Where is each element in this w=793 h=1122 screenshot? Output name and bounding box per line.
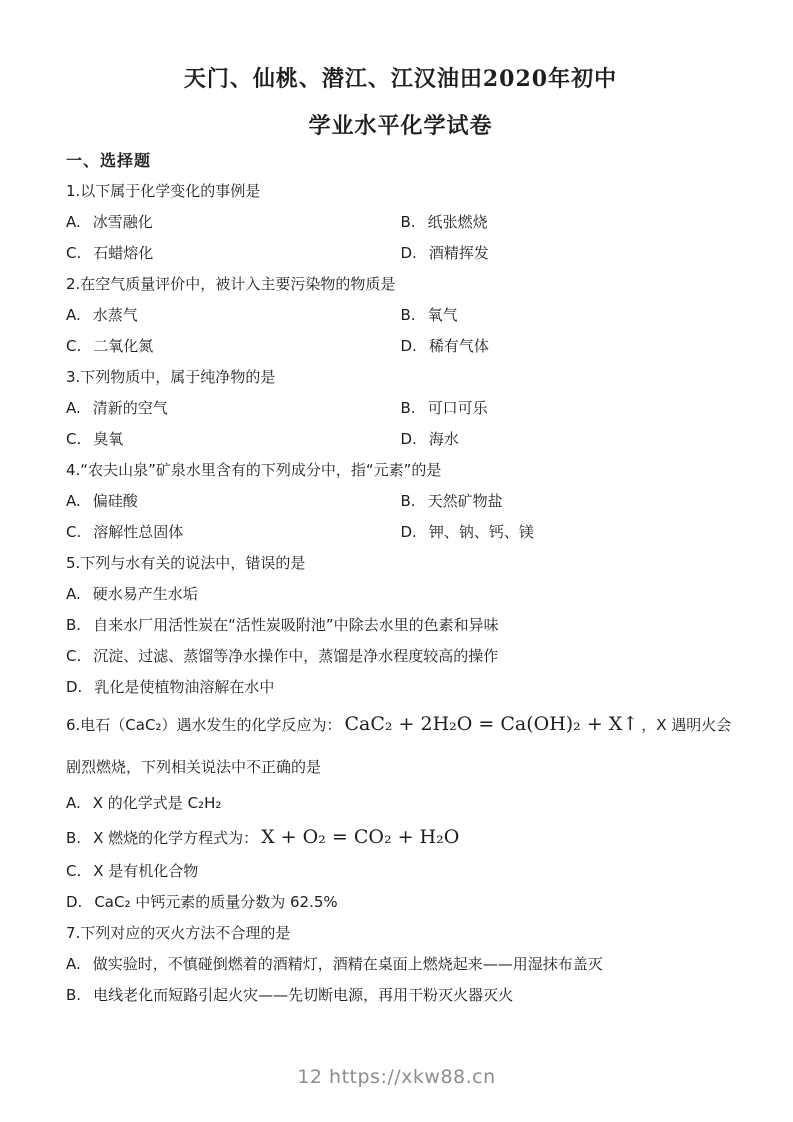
question-2-option-d: D.稀有气体: [401, 331, 736, 362]
option-label: B.: [401, 213, 416, 231]
question-6-options: A.X 的化学式是 C₂H₂ B.X 燃烧的化学方程式为：X + O₂ = CO…: [66, 788, 735, 918]
question-2-option-a: A.水蒸气: [66, 300, 401, 331]
page-footer-watermark: 12 https://xkw88.cn: [0, 1066, 793, 1088]
question-4: 4.“农夫山泉”矿泉水里含有的下列成分中，指“元素”的是 A.偏硅酸 B.天然矿…: [66, 455, 735, 548]
option-label: A.: [66, 492, 81, 510]
question-3-option-d: D.海水: [401, 424, 736, 455]
option-text: 钾、钠、钙、镁: [429, 523, 534, 541]
question-6: 6.电石（CaC₂）遇水发生的化学反应为：CaC₂ + 2H₂O = Ca(OH…: [66, 703, 735, 918]
question-3-stem: 3.下列物质中，属于纯净物的是: [66, 362, 735, 393]
section-heading-multiple-choice: 一、选择题: [66, 150, 735, 172]
question-3-option-a: A.清新的空气: [66, 393, 401, 424]
question-1-stem: 1.以下属于化学变化的事例是: [66, 176, 735, 207]
option-label: D.: [66, 893, 82, 911]
question-5-stem: 5.下列与水有关的说法中，错误的是: [66, 548, 735, 579]
document-content: 天门、仙桃、潜江、江汉油田2020年初中 学业水平化学试卷 一、选择题 1.以下…: [0, 0, 793, 1011]
question-3: 3.下列物质中，属于纯净物的是 A.清新的空气 B.可口可乐 C.臭氧 D.海水: [66, 362, 735, 455]
exam-title-line2: 学业水平化学试卷: [66, 110, 735, 142]
question-5-option-b: B.自来水厂用活性炭在“活性炭吸附池”中除去水里的色素和异味: [66, 610, 735, 641]
option-label: D.: [401, 523, 417, 541]
question-4-option-d: D.钾、钠、钙、镁: [401, 517, 736, 548]
question-6-option-a: A.X 的化学式是 C₂H₂: [66, 788, 735, 819]
chemical-equation: X + O₂ = CO₂ + H₂O: [258, 826, 462, 848]
option-label: B.: [401, 399, 416, 417]
question-7-stem: 7.下列对应的灭火方法不合理的是: [66, 918, 735, 949]
option-label: B.: [66, 616, 81, 634]
option-text: 冰雪融化: [93, 213, 153, 231]
option-label: C.: [66, 523, 81, 541]
question-2-stem: 2.在空气质量评价中，被计入主要污染物的物质是: [66, 269, 735, 300]
question-6-stem: 6.电石（CaC₂）遇水发生的化学反应为：CaC₂ + 2H₂O = Ca(OH…: [66, 703, 735, 788]
option-text: 偏硅酸: [93, 492, 138, 510]
option-text: X 燃烧的化学方程式为：: [93, 829, 258, 847]
question-5-option-c: C.沉淀、过滤、蒸馏等净水操作中，蒸馏是净水程度较高的操作: [66, 641, 735, 672]
question-5-options: A.硬水易产生水垢 B.自来水厂用活性炭在“活性炭吸附池”中除去水里的色素和异味…: [66, 579, 735, 703]
option-text: 纸张燃烧: [428, 213, 488, 231]
question-4-stem: 4.“农夫山泉”矿泉水里含有的下列成分中，指“元素”的是: [66, 455, 735, 486]
option-text: 石蜡熔化: [93, 244, 153, 262]
option-label: B.: [66, 986, 81, 1004]
question-5-option-d: D.乳化是使植物油溶解在水中: [66, 672, 735, 703]
question-6-option-c: C.X 是有机化合物: [66, 856, 735, 887]
question-2-options: A.水蒸气 B.氧气 C.二氧化氮 D.稀有气体: [66, 300, 735, 362]
option-text: X 是有机化合物: [93, 862, 198, 880]
question-5: 5.下列与水有关的说法中，错误的是 A.硬水易产生水垢 B.自来水厂用活性炭在“…: [66, 548, 735, 703]
option-text: 二氧化氮: [93, 337, 153, 355]
option-text: 自来水厂用活性炭在“活性炭吸附池”中除去水里的色素和异味: [93, 616, 499, 634]
question-2: 2.在空气质量评价中，被计入主要污染物的物质是 A.水蒸气 B.氧气 C.二氧化…: [66, 269, 735, 362]
question-1-option-c: C.石蜡熔化: [66, 238, 401, 269]
option-label: D.: [401, 244, 417, 262]
question-1-option-d: D.酒精挥发: [401, 238, 736, 269]
option-label: A.: [66, 585, 81, 603]
question-4-option-c: C.溶解性总固体: [66, 517, 401, 548]
chemical-equation: CaC₂ + 2H₂O = Ca(OH)₂ + X↑: [341, 713, 641, 735]
option-text: 做实验时，不慎碰倒燃着的酒精灯，酒精在桌面上燃烧起来——用湿抹布盖灭: [93, 955, 603, 973]
question-7-option-b: B.电线老化而短路引起火灾——先切断电源，再用干粉灭火器灭火: [66, 980, 735, 1011]
option-text: 硬水易产生水垢: [93, 585, 198, 603]
option-label: A.: [66, 306, 81, 324]
option-label: D.: [401, 337, 417, 355]
option-label: C.: [66, 430, 81, 448]
question-7-options: A.做实验时，不慎碰倒燃着的酒精灯，酒精在桌面上燃烧起来——用湿抹布盖灭 B.电…: [66, 949, 735, 1011]
option-text: 可口可乐: [428, 399, 488, 417]
question-3-options: A.清新的空气 B.可口可乐 C.臭氧 D.海水: [66, 393, 735, 455]
question-7: 7.下列对应的灭火方法不合理的是 A.做实验时，不慎碰倒燃着的酒精灯，酒精在桌面…: [66, 918, 735, 1011]
option-text: X 的化学式是 C₂H₂: [93, 794, 222, 812]
document-header: 天门、仙桃、潜江、江汉油田2020年初中 学业水平化学试卷: [66, 63, 735, 142]
option-text: 天然矿物盐: [428, 492, 503, 510]
exam-paper-page: 天门、仙桃、潜江、江汉油田2020年初中 学业水平化学试卷 一、选择题 1.以下…: [0, 0, 793, 1122]
question-2-option-c: C.二氧化氮: [66, 331, 401, 362]
question-1-options: A.冰雪融化 B.纸张燃烧 C.石蜡熔化 D.酒精挥发: [66, 207, 735, 269]
question-5-option-a: A.硬水易产生水垢: [66, 579, 735, 610]
option-text: 水蒸气: [93, 306, 138, 324]
option-label: B.: [66, 829, 81, 847]
question-4-options: A.偏硅酸 B.天然矿物盐 C.溶解性总固体 D.钾、钠、钙、镁: [66, 486, 735, 548]
question-4-option-b: B.天然矿物盐: [401, 486, 736, 517]
option-text: 氧气: [428, 306, 458, 324]
exam-title-line1: 天门、仙桃、潜江、江汉油田2020年初中: [66, 63, 735, 95]
option-text: 乳化是使植物油溶解在水中: [94, 678, 274, 696]
option-text: 清新的空气: [93, 399, 168, 417]
option-text: 稀有气体: [429, 337, 489, 355]
option-label: B.: [401, 492, 416, 510]
question-6-option-d: D.CaC₂ 中钙元素的质量分数为 62.5%: [66, 887, 735, 918]
question-6-stem-prefix: 6.电石（CaC₂）遇水发生的化学反应为：: [66, 716, 341, 734]
option-text: 海水: [429, 430, 459, 448]
option-label: D.: [401, 430, 417, 448]
option-label: B.: [401, 306, 416, 324]
question-1-option-a: A.冰雪融化: [66, 207, 401, 238]
option-label: A.: [66, 955, 81, 973]
option-label: A.: [66, 213, 81, 231]
question-7-option-a: A.做实验时，不慎碰倒燃着的酒精灯，酒精在桌面上燃烧起来——用湿抹布盖灭: [66, 949, 735, 980]
option-text: 电线老化而短路引起火灾——先切断电源，再用干粉灭火器灭火: [93, 986, 513, 1004]
question-4-option-a: A.偏硅酸: [66, 486, 401, 517]
option-label: C.: [66, 862, 81, 880]
option-text: 溶解性总固体: [93, 523, 183, 541]
option-label: A.: [66, 794, 81, 812]
option-label: D.: [66, 678, 82, 696]
option-label: C.: [66, 244, 81, 262]
option-text: 臭氧: [93, 430, 123, 448]
option-text: 沉淀、过滤、蒸馏等净水操作中，蒸馏是净水程度较高的操作: [93, 647, 498, 665]
option-label: C.: [66, 337, 81, 355]
option-text: 酒精挥发: [429, 244, 489, 262]
question-3-option-b: B.可口可乐: [401, 393, 736, 424]
question-2-option-b: B.氧气: [401, 300, 736, 331]
question-1: 1.以下属于化学变化的事例是 A.冰雪融化 B.纸张燃烧 C.石蜡熔化 D.酒精…: [66, 176, 735, 269]
question-3-option-c: C.臭氧: [66, 424, 401, 455]
option-label: A.: [66, 399, 81, 417]
option-label: C.: [66, 647, 81, 665]
question-1-option-b: B.纸张燃烧: [401, 207, 736, 238]
question-6-option-b: B.X 燃烧的化学方程式为：X + O₂ = CO₂ + H₂O: [66, 819, 735, 856]
option-text: CaC₂ 中钙元素的质量分数为 62.5%: [94, 893, 337, 911]
